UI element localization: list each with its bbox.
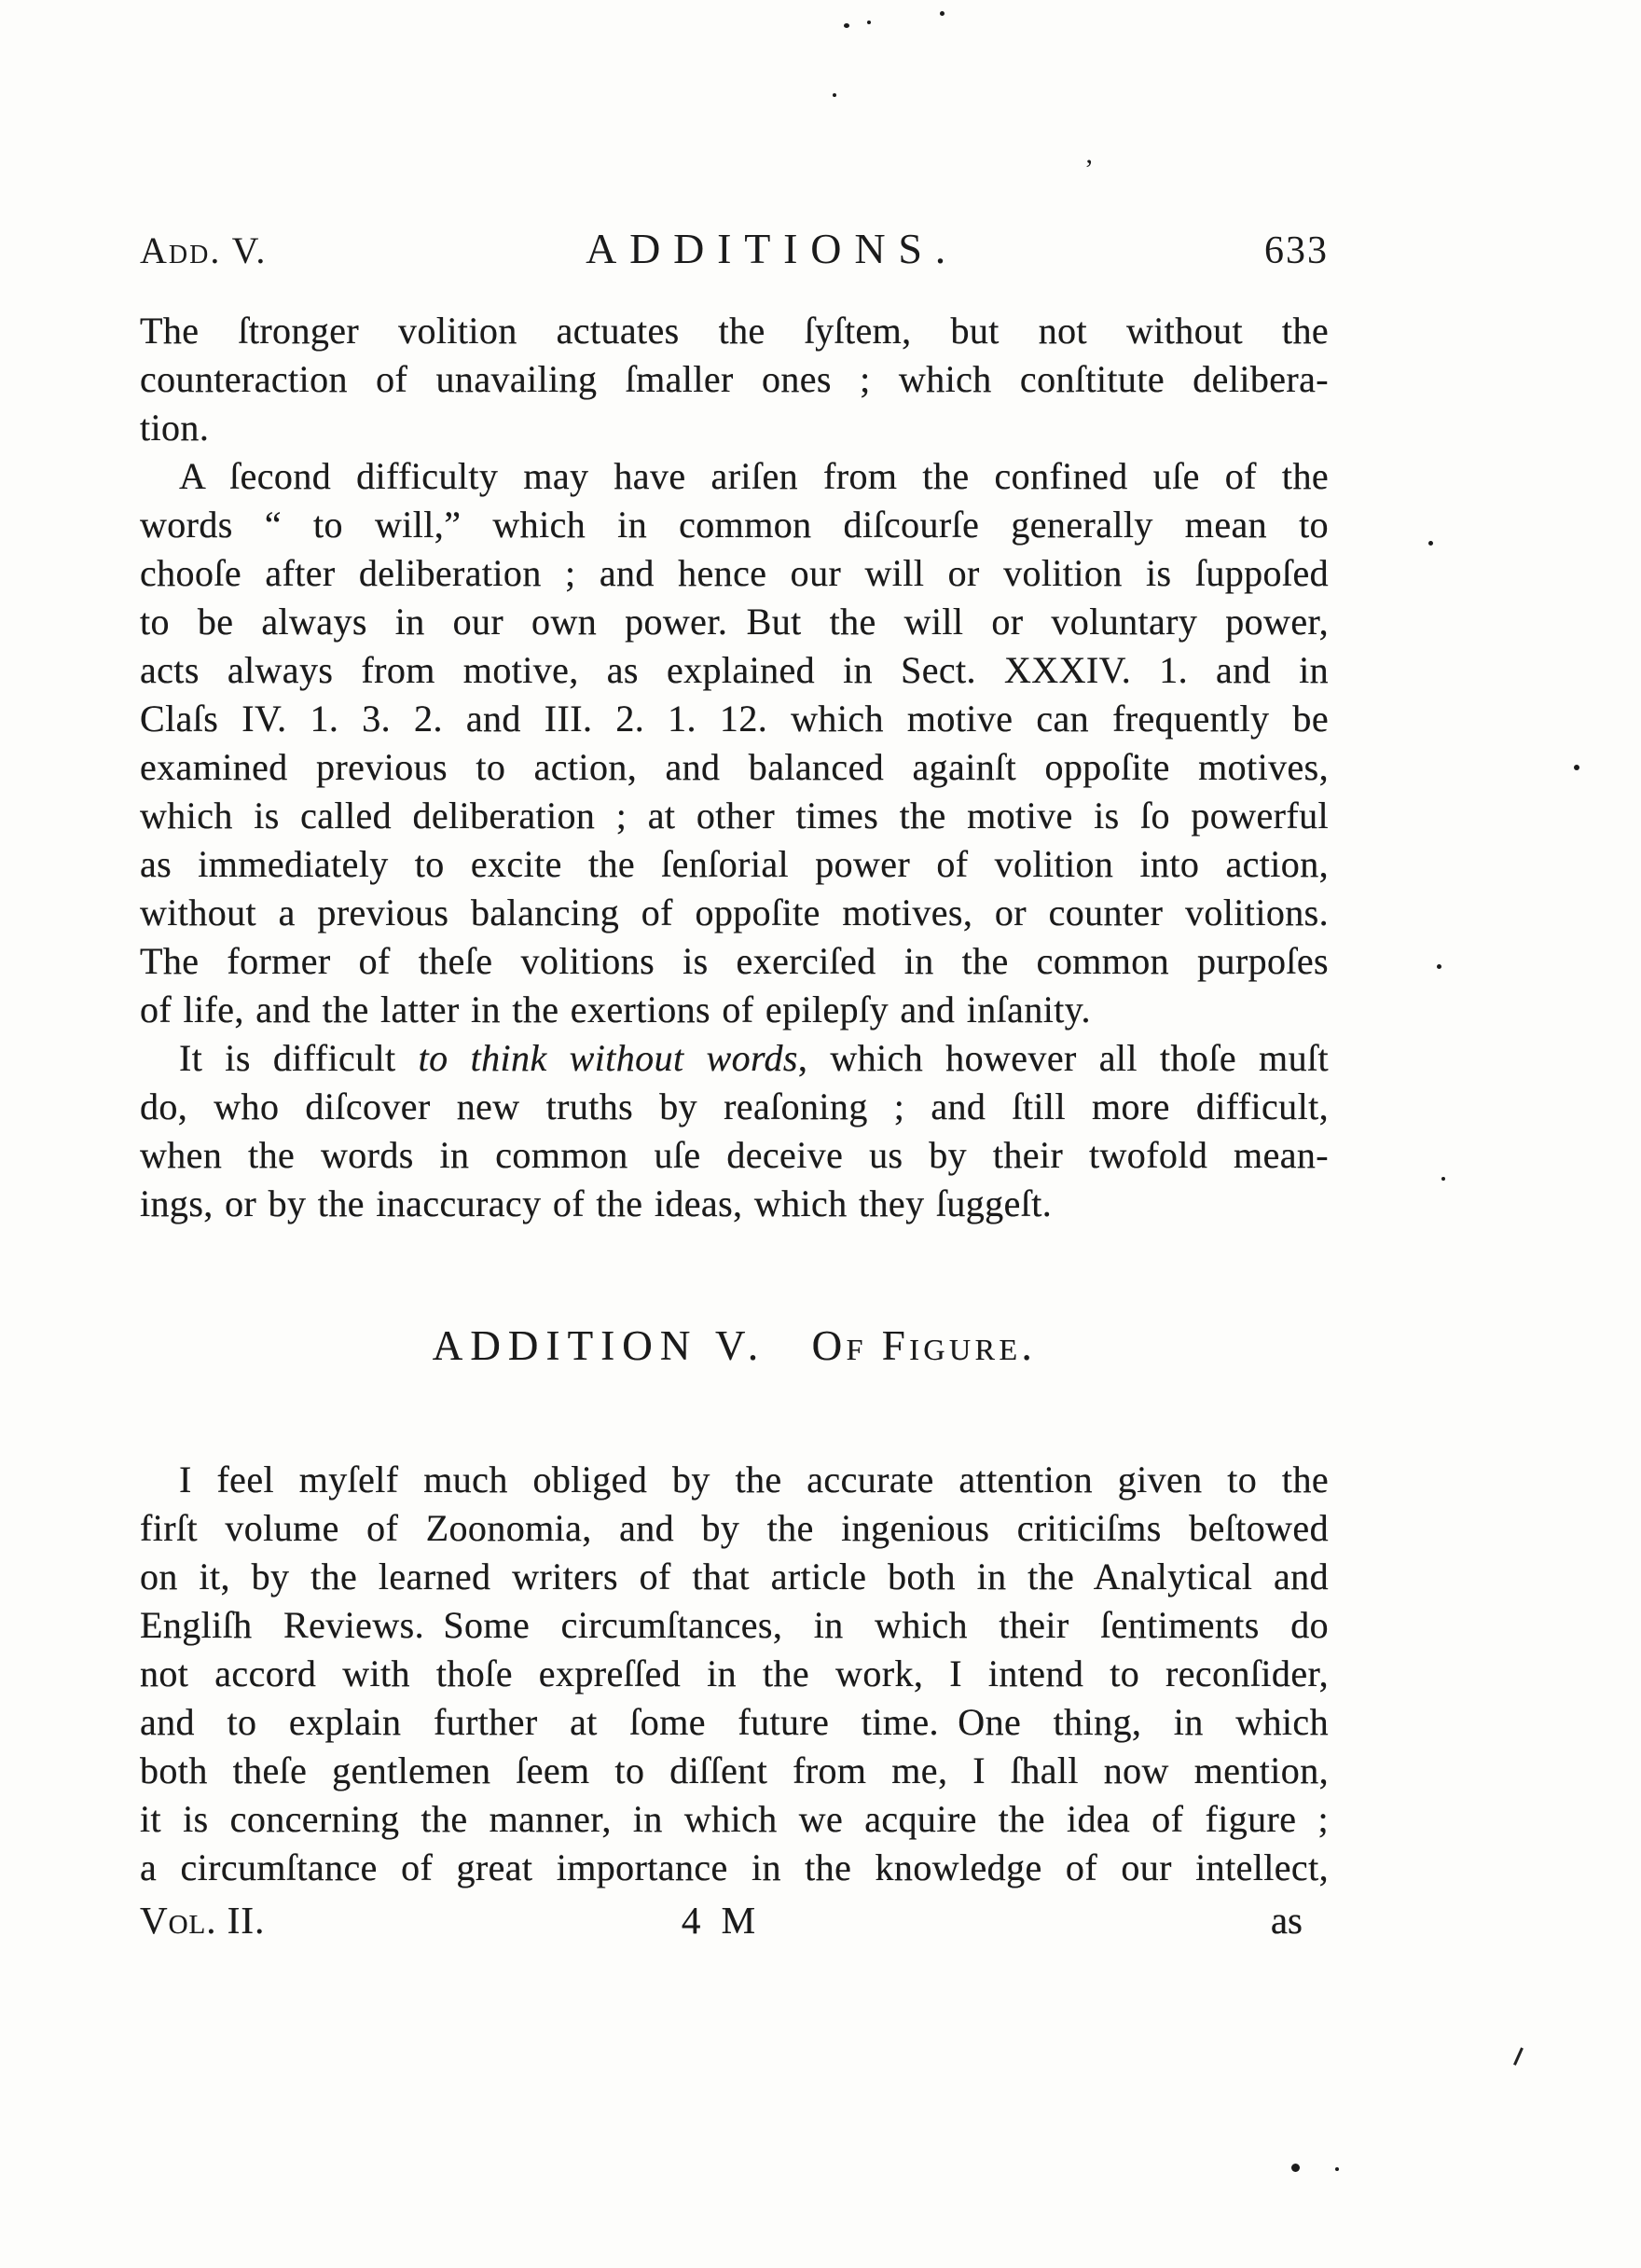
section-heading-number: ADDITION V. xyxy=(433,1322,765,1369)
running-header: Add. V. ADDITIONS. 633 xyxy=(140,224,1329,273)
scan-speck xyxy=(1428,541,1433,546)
scan-speck xyxy=(1335,2167,1339,2171)
text-line: tion. xyxy=(140,404,1329,452)
page-footer: Vol. II. 4 M as xyxy=(140,1898,1329,1943)
paragraph-1: The ſtronger volition actuates the ſyſte… xyxy=(140,307,1329,452)
scan-speck xyxy=(1574,765,1579,770)
volume-label: Vol. II. xyxy=(140,1898,524,1943)
text-line: when the words in common uſe deceive us … xyxy=(140,1131,1329,1180)
scan-speck xyxy=(833,93,836,97)
text-line: of life, and the latter in the exertions… xyxy=(140,986,1329,1034)
section-heading: ADDITION V.Of Figure. xyxy=(140,1321,1329,1370)
page-number: 633 xyxy=(1264,228,1329,273)
scan-speck xyxy=(867,21,871,24)
section-heading-subject: Of Figure. xyxy=(812,1322,1037,1369)
catchword: as xyxy=(919,1898,1330,1943)
scan-speck xyxy=(844,23,849,28)
text-line: A ſecond difficulty may have ariſen from… xyxy=(140,452,1329,501)
text-line: which is called deliberation ; at other … xyxy=(140,792,1329,840)
text-line: examined previous to action, and balance… xyxy=(140,743,1329,792)
text-line: it is concerning the manner, in which we… xyxy=(140,1795,1329,1844)
scan-speck xyxy=(1441,1177,1445,1181)
text-line: without a previous balancing of oppoſite… xyxy=(140,889,1329,937)
paragraph-4: I feel myſelf much obliged by the accura… xyxy=(140,1456,1329,1892)
text-line: not accord with thoſe expreſſed in the w… xyxy=(140,1650,1329,1698)
text-line: I feel myſelf much obliged by the accura… xyxy=(140,1456,1329,1504)
page-title: ADDITIONS. xyxy=(586,224,958,273)
text-line: It is difficult to think without words, … xyxy=(140,1034,1329,1083)
scan-speck xyxy=(1291,2164,1300,2172)
paragraph-2: A ſecond difficulty may have ariſen from… xyxy=(140,452,1329,1034)
scan-apostrophe-mark: ’ xyxy=(1084,154,1094,186)
scan-speck xyxy=(1437,964,1441,969)
text-line: counteraction of unavailing ſmaller ones… xyxy=(140,355,1329,404)
text-line: on it, by the learned writers of that ar… xyxy=(140,1553,1329,1601)
text-line: both theſe gentlemen ſeem to diſſent fro… xyxy=(140,1747,1329,1795)
text-line: firſt volume of Zoonomia, and by the ing… xyxy=(140,1504,1329,1553)
paragraph-3: It is difficult to think without words, … xyxy=(140,1034,1329,1228)
italic-phrase: to think without words xyxy=(419,1037,798,1079)
text-segment: It is difficult xyxy=(179,1037,419,1079)
book-page-scan: Add. V. ADDITIONS. 633 The ſtronger voli… xyxy=(0,0,1641,2268)
text-block: Add. V. ADDITIONS. 633 The ſtronger voli… xyxy=(140,224,1329,1943)
signature-mark: 4 M xyxy=(524,1898,919,1943)
text-line: ings, or by the inaccuracy of the ideas,… xyxy=(140,1180,1329,1228)
text-line: and to explain further at ſome future ti… xyxy=(140,1698,1329,1747)
scan-speck xyxy=(940,11,945,16)
text-line: a circumſtance of great importance in th… xyxy=(140,1844,1329,1892)
text-line: words “ to will,” which in common diſcou… xyxy=(140,501,1329,549)
text-line: Engliſh Reviews. Some circumſtances, in … xyxy=(140,1601,1329,1650)
text-segment: , which however all thoſe muſt xyxy=(798,1037,1329,1079)
text-line: The ſtronger volition actuates the ſyſte… xyxy=(140,307,1329,355)
text-line: as immediately to excite the ſenſorial p… xyxy=(140,840,1329,889)
text-line: acts always from motive, as explained in… xyxy=(140,646,1329,695)
text-line: chooſe after deliberation ; and hence ou… xyxy=(140,549,1329,598)
header-section-label: Add. V. xyxy=(140,228,267,272)
text-line: Claſs IV. 1. 3. 2. and III. 2. 1. 12. wh… xyxy=(140,695,1329,743)
text-line: do, who diſcover new truths by reaſoning… xyxy=(140,1083,1329,1131)
text-line: The former of theſe volitions is exerciſ… xyxy=(140,937,1329,986)
text-line: to be always in our own power. But the w… xyxy=(140,598,1329,646)
scan-slash-mark xyxy=(1513,2047,1523,2065)
